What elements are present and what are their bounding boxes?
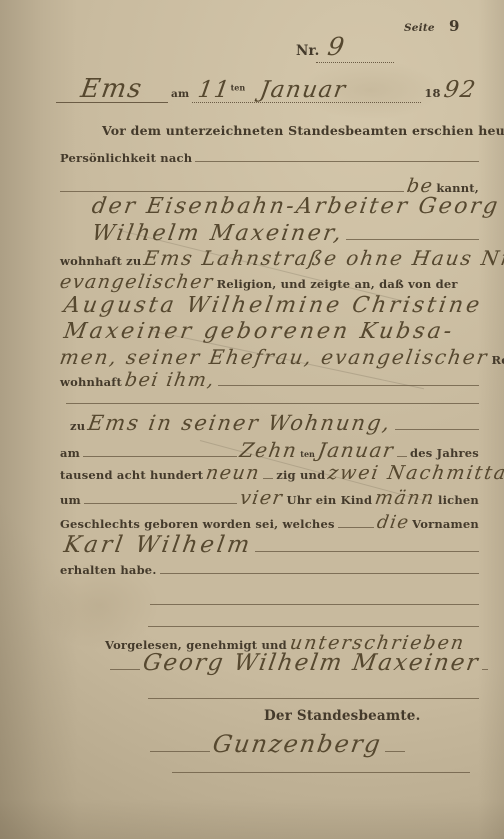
handwritten-text: Maxeiner geborenen Kubsa- xyxy=(62,321,456,343)
mother-line-3: men, seiner Ehefrau, evangelischer Relig… xyxy=(60,347,479,367)
record-number-row: Nr. 9 xyxy=(296,34,345,60)
date-day-suffix: ten xyxy=(231,83,246,93)
page-number-label: Seite xyxy=(404,22,435,35)
printed-text: wohnhaft xyxy=(60,375,122,389)
ruled-line xyxy=(397,446,407,457)
printed-text: am xyxy=(60,446,80,460)
place-date-row: Ems am 11ten Januar 18 92 xyxy=(56,76,476,103)
date-month: Januar xyxy=(258,79,348,102)
handwritten-text: Ems Lahnstraße ohne Haus Nr., xyxy=(143,248,504,268)
ruled-line xyxy=(60,181,404,192)
handwritten-text: der Eisenbahn-Arbeiter Georg xyxy=(90,196,501,218)
ruled-line xyxy=(316,62,394,63)
mother-line-2: Maxeiner geborenen Kubsa- xyxy=(64,321,479,343)
handwritten-text: men, seiner Ehefrau, evangelischer xyxy=(58,347,490,367)
handwritten-text: bei ihm, xyxy=(123,371,216,390)
residence-line: wohnhaft zu Ems Lahnstraße ohne Haus Nr.… xyxy=(60,248,479,268)
handwritten-text: zwei Nachmittags xyxy=(327,464,504,483)
birth-year-line: tausend acht hundert neun zig und zwei N… xyxy=(60,464,479,483)
record-number-label: Nr. xyxy=(296,43,320,60)
year-written: 92 xyxy=(442,79,478,102)
printed-suffix: ten xyxy=(300,449,315,459)
handwritten-text: neun xyxy=(205,464,262,483)
ruled-line xyxy=(338,517,374,528)
ruled-line xyxy=(482,659,488,670)
handwritten-text: männ xyxy=(374,489,437,508)
handwritten-text: Ems in seiner Wohnung, xyxy=(87,413,394,434)
am-label: am xyxy=(171,88,189,101)
blank-line xyxy=(148,688,479,699)
mother-line-1: Augusta Wilhelmine Christine xyxy=(64,295,479,317)
printed-text: Uhr ein Kind xyxy=(287,493,373,507)
handwritten-text: vier xyxy=(239,489,285,508)
registrar-label: Der Standesbeamte. xyxy=(264,708,420,725)
ruled-line xyxy=(385,741,405,752)
ruled-line xyxy=(263,468,273,479)
blank-line xyxy=(148,616,479,627)
printed-text: Religion, und zeigte an, daß von der xyxy=(217,277,458,291)
declarant-line-2: Wilhelm Maxeiner, xyxy=(92,223,479,245)
blank-line xyxy=(66,393,479,404)
birth-time-line: um vier Uhr ein Kind männ lichen xyxy=(60,489,479,508)
printed-text: Vornamen xyxy=(412,517,479,531)
ruled-line xyxy=(195,151,479,162)
ruled-line xyxy=(160,563,479,574)
ruled-line xyxy=(150,741,210,752)
date-day: 11 xyxy=(197,79,233,102)
printed-text: zu xyxy=(70,419,85,433)
handwritten-text: Januar xyxy=(316,440,395,460)
printed-text: Persönlichkeit nach xyxy=(60,151,192,165)
date-field: 11ten Januar xyxy=(192,79,421,103)
ruled-line xyxy=(346,229,479,240)
registrar-heading: Der Standesbeamte. xyxy=(264,708,479,725)
ruled-line xyxy=(84,493,237,504)
printed-text: tausend acht hundert xyxy=(60,468,203,482)
record-number-value: 9 xyxy=(326,34,347,59)
birth-register-page: Seite 9 Nr. 9 Ems am 11ten Januar 18 92 … xyxy=(0,0,504,839)
birthplace-line: zu Ems in seiner Wohnung, xyxy=(70,413,479,434)
printed-text: erhalten habe. xyxy=(60,563,157,577)
place-field: Ems xyxy=(56,76,168,103)
bei-ihm-line: wohnhaft bei ihm, xyxy=(60,371,479,390)
opening-line: Vor dem unterzeichneten Standesbeamten e… xyxy=(102,123,479,139)
sex-line: Geschlechts geboren worden sei, welches … xyxy=(60,514,479,532)
blank-line xyxy=(172,762,470,773)
ruled-line xyxy=(148,688,479,699)
child-name-line: Karl Wilhelm xyxy=(64,534,479,557)
ruled-line xyxy=(218,375,479,386)
printed-text: wohnhaft zu xyxy=(60,254,141,268)
persoenlichkeit-line: Persönlichkeit nach xyxy=(60,151,479,165)
registrar-signature: Gunzenberg xyxy=(211,732,384,756)
printed-text: Vor dem unterzeichneten Standesbeamten e… xyxy=(102,123,504,139)
printed-text: des Jahres xyxy=(410,446,479,460)
declarant-signature: Georg Wilhelm Maxeiner xyxy=(141,652,481,675)
erhalten-habe-line: erhalten habe. xyxy=(60,563,479,577)
handwritten-text: Wilhelm Maxeiner, xyxy=(90,223,345,245)
declarant-signature-row: Georg Wilhelm Maxeiner xyxy=(110,652,474,675)
printed-text: um xyxy=(60,493,81,507)
ruled-line xyxy=(83,446,237,457)
handwritten-text: Zehn xyxy=(238,440,299,460)
religion-line: evangelischer Religion, und zeigte an, d… xyxy=(60,273,479,292)
registrar-signature-row: Gunzenberg xyxy=(150,732,474,756)
ruled-line xyxy=(110,659,140,670)
ruled-line xyxy=(66,393,479,404)
handwritten-text: evangelischer xyxy=(58,273,215,292)
ruled-line xyxy=(148,616,479,627)
handwritten-text: die xyxy=(375,514,410,532)
ruled-line xyxy=(255,541,479,552)
ruled-line xyxy=(395,419,479,430)
place-value: Ems xyxy=(79,76,145,102)
printed-text: zig und xyxy=(276,468,325,482)
printed-text: Religion, xyxy=(491,353,504,367)
child-name: Karl Wilhelm xyxy=(62,534,254,557)
printed-text: lichen xyxy=(438,493,479,507)
handwritten-text: Augusta Wilhelmine Christine xyxy=(62,295,484,317)
printed-text: Geschlechts geboren worden sei, welches xyxy=(60,517,335,531)
year-printed: 18 xyxy=(424,86,440,100)
ruled-line xyxy=(172,762,470,773)
declarant-line-1: der Eisenbahn-Arbeiter Georg xyxy=(92,196,479,218)
birth-date-line: am Zehnten Januar des Jahres xyxy=(60,440,479,460)
blank-line xyxy=(150,594,479,605)
ruled-line xyxy=(150,594,479,605)
page-number-value: 9 xyxy=(449,17,460,36)
